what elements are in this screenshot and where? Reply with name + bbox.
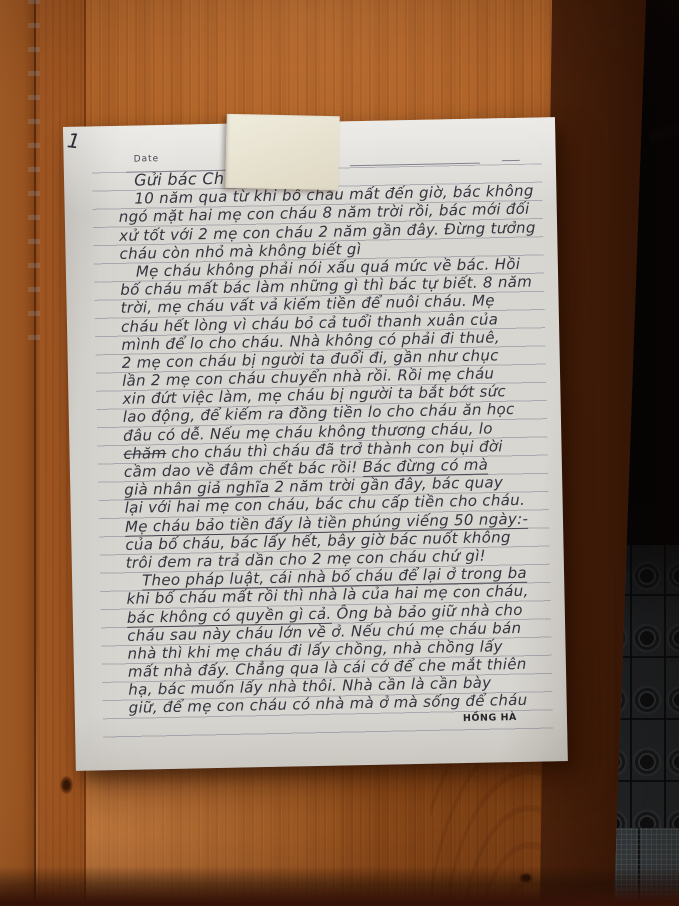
- letter-paper: 1 Date Gửi bác Ch10 năm qua từ khi bố ch…: [63, 117, 568, 771]
- date-underline: [502, 160, 520, 161]
- photo-of-letter-on-door: 1 Date Gửi bác Ch10 năm qua từ khi bố ch…: [0, 0, 679, 906]
- covering-note: [225, 114, 340, 190]
- paper-brand-watermark: HỒNG HÀ: [463, 712, 517, 724]
- letter-text-segment: Gửi bác Ch: [134, 169, 225, 190]
- page-number: 1: [66, 128, 82, 153]
- floor-shadow-band: [0, 866, 679, 906]
- letter-text-segment: chăm: [123, 444, 166, 463]
- chipped-paint-detail: [28, 0, 40, 340]
- wood-knot: [60, 776, 73, 794]
- date-label: Date: [134, 154, 160, 165]
- letter-lines: Gửi bác Ch10 năm qua từ khi bố cháu mất …: [118, 163, 555, 717]
